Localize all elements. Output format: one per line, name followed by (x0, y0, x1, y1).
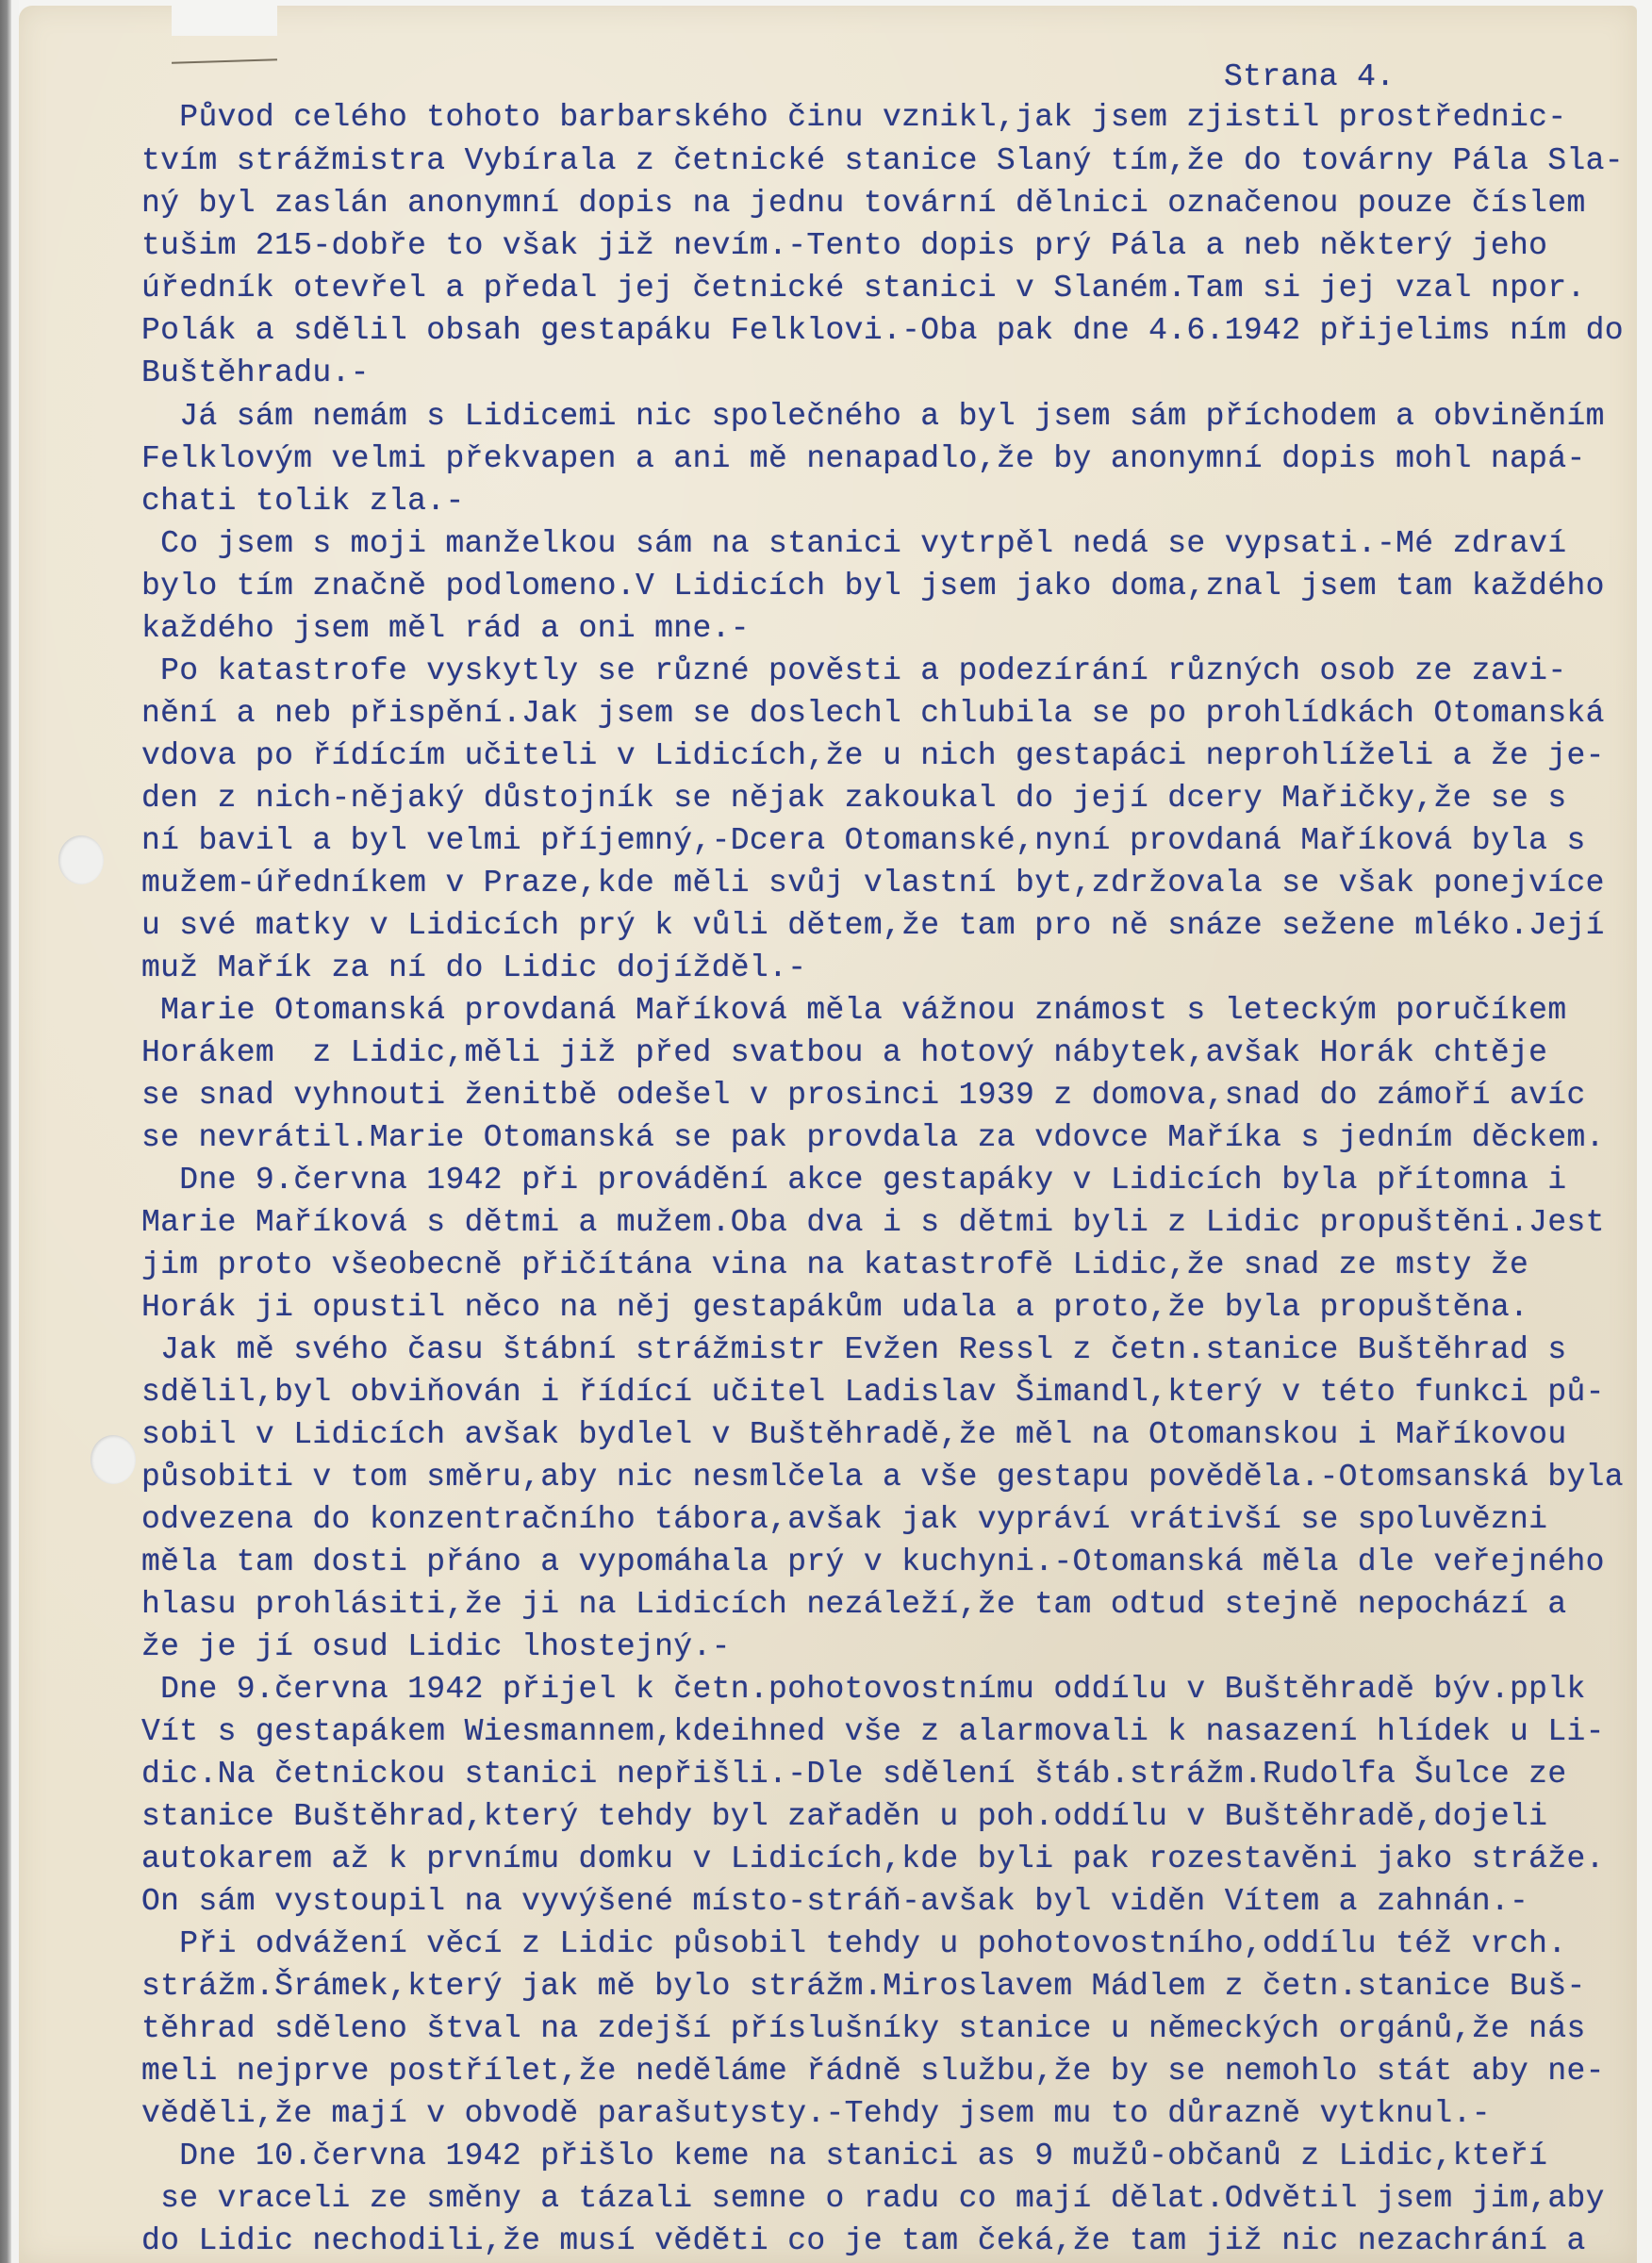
text-line: se snad vyhnouti ženitbě odešel v prosin… (141, 1079, 1586, 1113)
text-line: úředník otevřel a předal jej četnické st… (141, 272, 1586, 306)
text-line: u své matky v Lidicích prý k vůli dětem,… (141, 909, 1605, 943)
text-line: Dne 9.června 1942 přijel k četn.pohotovo… (141, 1673, 1586, 1707)
text-line: každého jsem měl rád a oni mne.- (141, 612, 750, 646)
text-line: sobil v Lidicích avšak bydlel v Buštěhra… (141, 1418, 1567, 1452)
text-line: měla tam dosti přáno a vypomáhala prý v … (141, 1545, 1605, 1579)
text-line: tvím strážmistra Vybírala z četnické sta… (141, 144, 1624, 178)
text-line: vdova po řídícím učiteli v Lidicích,že u… (141, 739, 1605, 773)
text-line: Já sám nemám s Lidicemi nic společného a… (141, 400, 1605, 434)
text-line: sdělil,byl obviňován i řídící učitel Lad… (141, 1376, 1605, 1410)
text-line: Polák a sdělil obsah gestapáku Felklovi.… (141, 314, 1624, 348)
text-line: autokarem až k prvnímu domku v Lidicích,… (141, 1842, 1605, 1876)
text-line: těhrad sděleno štval na zdejší příslušní… (141, 2012, 1586, 2046)
text-line: Horákem z Lidic,měli již před svatbou a … (141, 1036, 1547, 1070)
text-line: Buštěhradu.- (141, 356, 370, 390)
text-line: Dne 10.června 1942 přišlo keme na stanic… (141, 2139, 1547, 2173)
text-line: Jak mě svého času štábní strážmistr Evže… (141, 1333, 1567, 1367)
text-line: hlasu prohlásiti,že ji na Lidicích nezál… (141, 1588, 1567, 1622)
paper-tab-notch (172, 6, 277, 36)
punch-hole-lower (91, 1435, 136, 1484)
text-line: mužem-úředníkem v Praze,kde měli svůj vl… (141, 867, 1605, 900)
text-line: Co jsem s moji manželkou sám na stanici … (141, 527, 1567, 561)
text-line: se nevrátil.Marie Otomanská se pak provd… (141, 1121, 1605, 1155)
text-line: že je jí osud Lidic lhostejný.- (141, 1630, 731, 1664)
text-line: působiti v tom směru,aby nic nesmlčela a… (141, 1461, 1624, 1495)
pencil-mark (172, 58, 277, 64)
text-line: meli nejprve postřílet,že neděláme řádně… (141, 2055, 1605, 2089)
typed-document-page: Strana 4. Původ celého tohoto barbarskéh… (19, 6, 1637, 2263)
scanner-margin (11, 0, 19, 2263)
text-line: Horák ji opustil něco na něj gestapákům … (141, 1291, 1528, 1325)
text-line: Marie Maříková s dětmi a mužem.Oba dva i… (141, 1206, 1605, 1240)
text-line: věděli,že mají v obvodě parašutysty.-Teh… (141, 2097, 1491, 2131)
text-line: strážm.Šrámek,který jak mě bylo strážm.M… (141, 1970, 1586, 2004)
text-line: Původ celého tohoto barbarského činu vzn… (141, 101, 1567, 135)
text-line: den z nich-nějaký důstojník se nějak zak… (141, 782, 1567, 816)
page-number: Strana 4. (1224, 60, 1395, 94)
text-line: ní bavil a byl velmi příjemný,-Dcera Oto… (141, 824, 1586, 858)
text-line: Marie Otomanská provdaná Maříková měla v… (141, 994, 1567, 1028)
text-line: jim proto všeobecně přičítána vina na ka… (141, 1248, 1528, 1282)
text-line: On sám vystoupil na vyvýšené místo-stráň… (141, 1885, 1528, 1919)
text-line: nění a neb přispění.Jak jsem se doslechl… (141, 697, 1605, 731)
text-line: do Lidic nechodili,že musí věděti co je … (141, 2224, 1586, 2258)
punch-hole-upper (58, 835, 104, 884)
text-line: tušim 215-dobře to však již nevím.-Tento… (141, 229, 1547, 263)
text-line: Při odvážení věcí z Lidic působil tehdy … (141, 1927, 1567, 1961)
text-line: Dne 9.června 1942 při provádění akce ges… (141, 1164, 1567, 1198)
text-line: Felklovým velmi překvapen a ani mě nenap… (141, 442, 1586, 476)
text-line: chati tolik zla.- (141, 485, 465, 519)
text-line: odvezena do konzentračního tábora,avšak … (141, 1503, 1547, 1537)
text-line: muž Mařík za ní do Lidic dojížděl.- (141, 951, 806, 985)
text-line: stanice Buštěhrad,který tehdy byl zařadě… (141, 1800, 1547, 1834)
text-line: ný byl zaslán anonymní dopis na jednu to… (141, 187, 1586, 221)
text-line: Po katastrofe vyskytly se různé pověsti … (141, 654, 1567, 688)
text-line: dic.Na četnickou stanici nepřišli.-Dle s… (141, 1758, 1567, 1792)
text-line: bylo tím značně podlomeno.V Lidicích byl… (141, 570, 1605, 603)
text-line: Vít s gestapákem Wiesmannem,kdeihned vše… (141, 1715, 1605, 1749)
text-line: se vraceli ze směny a tázali semne o rad… (141, 2182, 1605, 2216)
scanner-bed-edge (0, 0, 11, 2263)
